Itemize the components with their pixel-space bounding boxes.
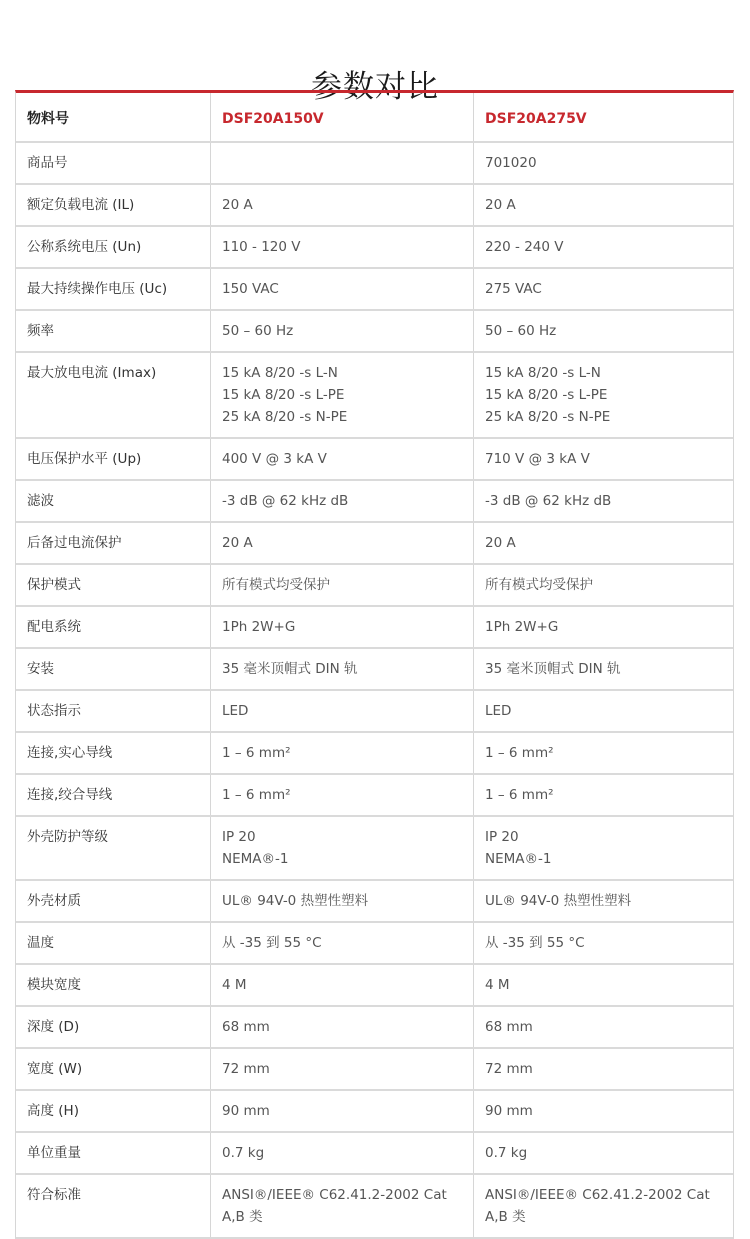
table-row: 公称系统电压 (Un)110 - 120 V220 - 240 V	[16, 225, 733, 267]
row-label: 额定负载电流 (IL)	[16, 185, 210, 225]
value-line: -3 dB @ 62 kHz dB	[485, 490, 721, 512]
value-line: 710 V @ 3 kA V	[485, 448, 721, 470]
row-label: 宽度 (W)	[16, 1049, 210, 1089]
value-line: 68 mm	[485, 1016, 721, 1038]
row-value-product-1: LED	[210, 691, 473, 731]
row-label: 最大持续操作电压 (Uc)	[16, 269, 210, 309]
row-label: 公称系统电压 (Un)	[16, 227, 210, 267]
value-line: 68 mm	[222, 1016, 461, 1038]
value-line: 400 V @ 3 kA V	[222, 448, 461, 470]
row-label: 外壳防护等级	[16, 817, 210, 879]
row-value-product-2: 701020	[473, 143, 733, 183]
value-line: 所有模式均受保护	[485, 574, 721, 596]
value-line: 35 毫米顶帽式 DIN 轨	[485, 658, 721, 680]
row-value-product-2: 1Ph 2W+G	[473, 607, 733, 647]
row-value-product-1: 72 mm	[210, 1049, 473, 1089]
value-line: 1 – 6 mm²	[222, 742, 461, 764]
table-row: 连接,实心导线1 – 6 mm²1 – 6 mm²	[16, 731, 733, 773]
row-value-product-2: 15 kA 8/20 -s L-N15 kA 8/20 -s L-PE25 kA…	[473, 353, 733, 437]
product-name-1: DSF20A150V	[210, 93, 473, 141]
row-label: 模块宽度	[16, 965, 210, 1005]
value-line: NEMA®-1	[222, 848, 461, 870]
table-row: 高度 (H)90 mm90 mm	[16, 1089, 733, 1131]
table-row: 滤波-3 dB @ 62 kHz dB-3 dB @ 62 kHz dB	[16, 479, 733, 521]
row-value-product-1: 50 – 60 Hz	[210, 311, 473, 351]
value-line: 35 毫米顶帽式 DIN 轨	[222, 658, 461, 680]
value-line: 15 kA 8/20 -s L-PE	[222, 384, 461, 406]
row-value-product-2: 50 – 60 Hz	[473, 311, 733, 351]
value-line: 275 VAC	[485, 278, 721, 300]
row-value-product-2: 20 A	[473, 523, 733, 563]
table-row: 最大持续操作电压 (Uc)150 VAC275 VAC	[16, 267, 733, 309]
value-line: IP 20	[222, 826, 461, 848]
value-line: 25 kA 8/20 -s N-PE	[222, 406, 461, 428]
row-label: 连接,实心导线	[16, 733, 210, 773]
row-value-product-2: 72 mm	[473, 1049, 733, 1089]
value-line: 15 kA 8/20 -s L-N	[222, 362, 461, 384]
row-value-product-1: 所有模式均受保护	[210, 565, 473, 605]
row-value-product-1: -3 dB @ 62 kHz dB	[210, 481, 473, 521]
row-label: 深度 (D)	[16, 1007, 210, 1047]
row-value-product-2: 220 - 240 V	[473, 227, 733, 267]
value-line: 0.7 kg	[222, 1142, 461, 1164]
row-value-product-2: LED	[473, 691, 733, 731]
row-label: 温度	[16, 923, 210, 963]
value-line: 1 – 6 mm²	[485, 784, 721, 806]
row-value-product-1: IP 20NEMA®-1	[210, 817, 473, 879]
value-line: 4 M	[485, 974, 721, 996]
row-value-product-1: 4 M	[210, 965, 473, 1005]
value-line: 50 – 60 Hz	[222, 320, 461, 342]
value-line: 25 kA 8/20 -s N-PE	[485, 406, 721, 428]
table-row: 宽度 (W)72 mm72 mm	[16, 1047, 733, 1089]
table-row: 单位重量0.7 kg0.7 kg	[16, 1131, 733, 1173]
value-line: 20 A	[485, 194, 721, 216]
row-label: 外壳材质	[16, 881, 210, 921]
value-line: 15 kA 8/20 -s L-PE	[485, 384, 721, 406]
value-line: 从 -35 到 55 °C	[222, 932, 461, 954]
row-value-product-1: 从 -35 到 55 °C	[210, 923, 473, 963]
row-value-product-2: UL® 94V-0 热塑性塑料	[473, 881, 733, 921]
row-value-product-1: 1 – 6 mm²	[210, 775, 473, 815]
row-value-product-1: 1 – 6 mm²	[210, 733, 473, 773]
table-row: 深度 (D)68 mm68 mm	[16, 1005, 733, 1047]
row-value-product-2: 4 M	[473, 965, 733, 1005]
row-label: 安装	[16, 649, 210, 689]
row-value-product-1: 110 - 120 V	[210, 227, 473, 267]
row-value-product-2: 90 mm	[473, 1091, 733, 1131]
table-row: 频率50 – 60 Hz50 – 60 Hz	[16, 309, 733, 351]
value-line: 72 mm	[485, 1058, 721, 1080]
row-label: 最大放电电流 (Imax)	[16, 353, 210, 437]
table-header-row: 物料号 DSF20A150V DSF20A275V	[16, 93, 733, 141]
row-value-product-2: 35 毫米顶帽式 DIN 轨	[473, 649, 733, 689]
table-row: 模块宽度4 M4 M	[16, 963, 733, 1005]
value-line: 1Ph 2W+G	[485, 616, 721, 638]
row-value-product-2: 68 mm	[473, 1007, 733, 1047]
row-value-product-1: 35 毫米顶帽式 DIN 轨	[210, 649, 473, 689]
row-value-product-1: ANSI®/IEEE® C62.41.2-2002 CatA,B 类	[210, 1175, 473, 1237]
row-label: 商品号	[16, 143, 210, 183]
row-label: 高度 (H)	[16, 1091, 210, 1131]
value-line: UL® 94V-0 热塑性塑料	[222, 890, 461, 912]
value-line: 220 - 240 V	[485, 236, 721, 258]
table-row: 额定负载电流 (IL)20 A20 A	[16, 183, 733, 225]
row-label: 状态指示	[16, 691, 210, 731]
row-value-product-2: 所有模式均受保护	[473, 565, 733, 605]
comparison-table: 物料号 DSF20A150V DSF20A275V 商品号 701020额定负载…	[15, 90, 734, 1239]
value-line: IP 20	[485, 826, 721, 848]
table-row: 外壳材质UL® 94V-0 热塑性塑料UL® 94V-0 热塑性塑料	[16, 879, 733, 921]
header-label: 物料号	[16, 93, 210, 141]
row-value-product-1: 150 VAC	[210, 269, 473, 309]
row-label: 保护模式	[16, 565, 210, 605]
table-row: 外壳防护等级IP 20NEMA®-1IP 20NEMA®-1	[16, 815, 733, 879]
table-row: 温度从 -35 到 55 °C从 -35 到 55 °C	[16, 921, 733, 963]
row-label: 电压保护水平 (Up)	[16, 439, 210, 479]
row-label: 连接,绞合导线	[16, 775, 210, 815]
value-line: 所有模式均受保护	[222, 574, 461, 596]
value-line	[222, 152, 461, 174]
table-row: 连接,绞合导线1 – 6 mm²1 – 6 mm²	[16, 773, 733, 815]
value-line: 20 A	[222, 532, 461, 554]
row-value-product-1: 90 mm	[210, 1091, 473, 1131]
table-row: 商品号 701020	[16, 141, 733, 183]
row-value-product-2: 20 A	[473, 185, 733, 225]
row-value-product-2: IP 20NEMA®-1	[473, 817, 733, 879]
row-label: 单位重量	[16, 1133, 210, 1173]
table-row: 保护模式所有模式均受保护所有模式均受保护	[16, 563, 733, 605]
table-row: 配电系统1Ph 2W+G1Ph 2W+G	[16, 605, 733, 647]
row-value-product-1: 1Ph 2W+G	[210, 607, 473, 647]
row-value-product-1: 68 mm	[210, 1007, 473, 1047]
value-line: 701020	[485, 152, 721, 174]
row-label: 符合标准	[16, 1175, 210, 1237]
row-value-product-2: 275 VAC	[473, 269, 733, 309]
row-value-product-1: UL® 94V-0 热塑性塑料	[210, 881, 473, 921]
value-line: 110 - 120 V	[222, 236, 461, 258]
value-line: 90 mm	[485, 1100, 721, 1122]
row-label: 配电系统	[16, 607, 210, 647]
value-line: A,B 类	[222, 1206, 461, 1228]
row-value-product-2: 0.7 kg	[473, 1133, 733, 1173]
value-line: LED	[485, 700, 721, 722]
row-value-product-1: 15 kA 8/20 -s L-N15 kA 8/20 -s L-PE25 kA…	[210, 353, 473, 437]
row-value-product-2: 1 – 6 mm²	[473, 733, 733, 773]
row-value-product-1: 20 A	[210, 185, 473, 225]
value-line: 20 A	[222, 194, 461, 216]
value-line: 1 – 6 mm²	[222, 784, 461, 806]
table-row: 最大放电电流 (Imax)15 kA 8/20 -s L-N15 kA 8/20…	[16, 351, 733, 437]
table-row: 安装35 毫米顶帽式 DIN 轨35 毫米顶帽式 DIN 轨	[16, 647, 733, 689]
row-label: 滤波	[16, 481, 210, 521]
value-line: 0.7 kg	[485, 1142, 721, 1164]
row-label: 频率	[16, 311, 210, 351]
table-row: 电压保护水平 (Up)400 V @ 3 kA V710 V @ 3 kA V	[16, 437, 733, 479]
value-line: LED	[222, 700, 461, 722]
table-row: 符合标准ANSI®/IEEE® C62.41.2-2002 CatA,B 类AN…	[16, 1173, 733, 1237]
value-line: 从 -35 到 55 °C	[485, 932, 721, 954]
value-line: 90 mm	[222, 1100, 461, 1122]
value-line: ANSI®/IEEE® C62.41.2-2002 Cat	[222, 1184, 461, 1206]
value-line: 1Ph 2W+G	[222, 616, 461, 638]
value-line: ANSI®/IEEE® C62.41.2-2002 Cat	[485, 1184, 721, 1206]
value-line: 4 M	[222, 974, 461, 996]
value-line: 15 kA 8/20 -s L-N	[485, 362, 721, 384]
value-line: 50 – 60 Hz	[485, 320, 721, 342]
value-line: 72 mm	[222, 1058, 461, 1080]
row-value-product-2: -3 dB @ 62 kHz dB	[473, 481, 733, 521]
table-row: 状态指示LEDLED	[16, 689, 733, 731]
table-body: 商品号 701020额定负载电流 (IL)20 A20 A公称系统电压 (Un)…	[16, 141, 733, 1237]
value-line: NEMA®-1	[485, 848, 721, 870]
value-line: 20 A	[485, 532, 721, 554]
row-value-product-2: ANSI®/IEEE® C62.41.2-2002 CatA,B 类	[473, 1175, 733, 1237]
row-value-product-2: 从 -35 到 55 °C	[473, 923, 733, 963]
value-line: -3 dB @ 62 kHz dB	[222, 490, 461, 512]
row-value-product-1: 20 A	[210, 523, 473, 563]
row-value-product-2: 710 V @ 3 kA V	[473, 439, 733, 479]
value-line: 1 – 6 mm²	[485, 742, 721, 764]
row-value-product-1	[210, 143, 473, 183]
row-value-product-1: 400 V @ 3 kA V	[210, 439, 473, 479]
value-line: UL® 94V-0 热塑性塑料	[485, 890, 721, 912]
value-line: A,B 类	[485, 1206, 721, 1228]
value-line: 150 VAC	[222, 278, 461, 300]
table-row: 后备过电流保护20 A20 A	[16, 521, 733, 563]
row-value-product-1: 0.7 kg	[210, 1133, 473, 1173]
product-name-2: DSF20A275V	[473, 93, 733, 141]
row-label: 后备过电流保护	[16, 523, 210, 563]
row-value-product-2: 1 – 6 mm²	[473, 775, 733, 815]
